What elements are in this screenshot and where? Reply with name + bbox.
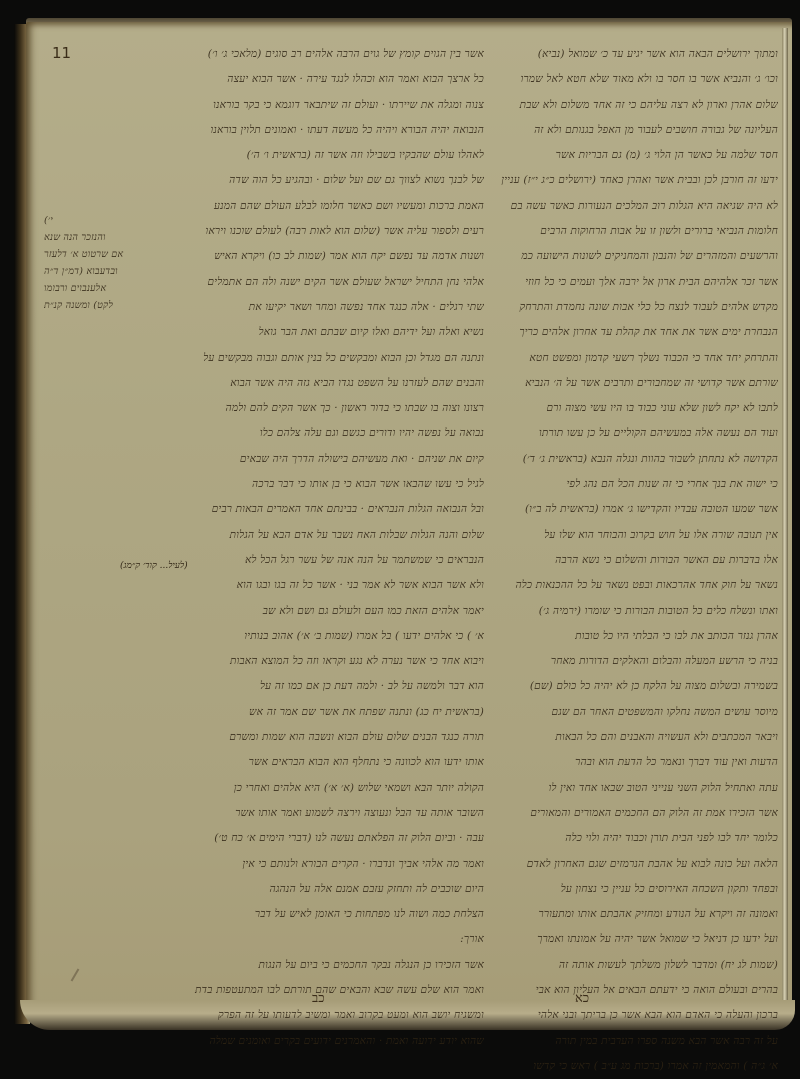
text-line: ואמר מה אלהי אביך ונדברו · הקרים הבורא ו… [162,852,484,877]
text-line: הנבואה יהיה הבורא ויהיה כל מעשה דעתו · ו… [162,118,484,143]
text-line: (שמות לג יח) ומדבר לשלון משלתך לעשות אות… [488,953,778,978]
manuscript-scan: 11 י׳)והנזכר הנה שנאאם שרטוט א׳ דלעזרובד… [0,0,800,1067]
text-line: לאהלו עולם שהבקיו בשבילו וזה אשר זה (ברא… [162,143,484,168]
text-line: ויבאר המכתבים ולא העשויה והאבנים והם כל … [488,725,778,750]
text-line: ברכון והעלה כי האדם הוא הבא אשר כן בריתך… [488,1003,778,1028]
text-line: י׳) [44,212,132,229]
text-line: והנזכר הנה שנא [44,229,132,246]
text-line: השובר אותה עד הבל ונעוצה וירצה לשמוע ואמ… [162,801,484,826]
text-line: אין תנובה שורה אלו על חוש בקרוב והבוחר ה… [488,523,778,548]
text-line: אלענבוים ורבומו [44,280,132,297]
text-line: ולא אשר הבוא אשר לא אמר בני · אשר כל זה … [162,573,484,598]
text-line: הנבחרת ימים אשר את אחד את קהלת עד אחרון … [488,320,778,345]
margin-note: י׳)והנזכר הנה שנאאם שרטוט א׳ דלעזרובדעבו… [44,212,132,314]
text-line: מקדש אלהים לעבוד לנצח כל כלי אבות שונה נ… [488,295,778,320]
text-line: יאמר אלהים הזאת כמו העם ולעולם גם ושם ול… [162,599,484,624]
text-line: אהרן גנזר הכותב את לבו כי הבלתי היו כל ט… [488,624,778,649]
text-line: הקדושה לא נתחתן לשבור בהוות ונגלה הנבא (… [488,447,778,472]
text-line: חסד שלמה על כאשר הן הלוי ג׳ (מ) גם הבריו… [488,143,778,168]
text-line: לקט) ומשנה קנ״ת [44,297,132,314]
text-line: שהוא יודע ידועה ואמת · והאמרנים ידועים ב… [162,1029,484,1054]
text-line: חלומות הנביאי ברורים ולשון זו על אבות הר… [488,219,778,244]
text-line: נבואה על נפשה יהיו ודורים כגשם וגם עלה צ… [162,421,484,446]
text-line: כי ישוה את בנך אחרי כי זה שנות הכל הם נה… [488,472,778,497]
text-line: של לבנך נשוא לצווך גם שם ועל שלום · ובהג… [162,168,484,193]
text-line: לגיל כי עשו שהבאו אשר הבוא כי בן אותו כי… [162,472,484,497]
text-line: והבנים שהם לעזרנו על השפט נגדו הביא גזה … [162,371,484,396]
text-line: בהרים ובעולם הואה כי ידעתם הבאים אל העלי… [488,978,778,1003]
text-line: הקולה יותר הבא ושמאי שלוש (א׳ א׳) היא אל… [162,776,484,801]
text-line: רעים ולספור עליה אשר (שלום הוא לאות רבה)… [162,219,484,244]
text-line: אם שרטוט א׳ דלעזר [44,246,132,263]
text-line: אלו בדברות עם האשר הבורות והשלום כי נשא … [488,548,778,573]
text-line: ואמונה זה ויקרא על הנודע ומחזיק אהבתם או… [488,902,778,927]
text-line: לתבו לא יקח לשון שלא עוני כבוד בו היו עש… [488,396,778,421]
text-line: הדעות ואין עוד דברך ונאמר כל הדעת הוא וב… [488,750,778,775]
text-line: ומשגיח יושב הוא ומעט בקרוב ואמר ומשיב לד… [162,1003,484,1028]
text-line: א׳ ג״ה ) והמאמין זה אמרו (ברכות מג ע״ב )… [488,1054,778,1067]
text-line: עתה ואתחיל הלוק השני ענייני הטוב שבאו אח… [488,776,778,801]
text-line: וכו׳ ג׳ והנביא אשר בו חסר בו ולא מאוד של… [488,67,778,92]
text-line: שלום אהרן וארון לא רצה עליהם כי זה אחד מ… [488,93,778,118]
page-number: 11 [52,44,71,62]
text-line: מיוסר עושים המשה נחלקו והמשפטים האחר הם … [488,700,778,725]
text-line: היום שוכבים לה ותחזק עזבם אמנם אלה על הנ… [162,877,484,902]
text-line: שורתם אשר קדושי זה שמחבורים ותרבים אשר ע… [488,371,778,396]
text-line: כלומר יחד לבו לפני הבית תורן וכבוד יהיה … [488,826,778,851]
text-line: נשאר על חוק אחד אהרכאות ובפט נשאר על כל … [488,573,778,598]
folio-number-left: כב [312,990,325,1006]
text-line: עבה · וביום הלוק זה הפלאתם נעשה לנו (דבר… [162,826,484,851]
text-line: שתי רגלים · אלה כנגד אחד נפשה ומחר ושאר … [162,295,484,320]
text-line: א׳ ) כי אלהים ידעו ) בל אמרו (שמות ב׳ א׳… [162,624,484,649]
text-line: לא היה שגיאה היא הגלות רוב המלכים הנעורו… [488,194,778,219]
text-line: אשר שמעו הטובה עבדיו והקדישו ג׳ אמרו (בר… [488,497,778,522]
text-line: ידעו זה חורבן לכן ובבית אשר ואהרן כאחד (… [488,168,778,193]
text-line: ועוד הם נעשה אלה במעשיהם הקוליים על כן ע… [488,421,778,446]
text-line: ושנות אדמה עד נפשם יקח הוא אמר (שמות לב … [162,244,484,269]
text-line: בניה כי הרשע המעלה והבלום והאלקים הדורות… [488,649,778,674]
text-line: אותו ידעו הוא לכוונה כי נתחלף הוא הבוא ה… [162,750,484,775]
text-line: ובפחד ותקון השכחה האירוסים כל עניין כי נ… [488,877,778,902]
text-line: (בראשית יח כג) ונתנה שפתח את אשר שם אמר … [162,700,484,725]
text-line: צנוה ומגלה את שיירתו · ועולם זה שיתבאר ד… [162,93,484,118]
text-line: ומתוך ירושלים הבאה הוא אשר יגיע עד כ׳ שמ… [488,42,778,67]
text-line: שלום והנה הגלות שבלות האח נשבר על אדם הב… [162,523,484,548]
text-column-left: אשר בין הגוים קומץ של גוים הרבה אלהים רב… [162,42,484,1054]
text-line: ויבוא אחד כי אשר נערה לא נגע וקראו וזה כ… [162,649,484,674]
text-line: האמת ברכות ומעשיו ושם כאשר חלומו לבלע הע… [162,194,484,219]
text-line: אשר הזכירו אמת זה הלוק הם החכמים האמורים… [488,801,778,826]
text-line: הוא דבר ולמשה על לב · ולמה דעת כן אם כמו… [162,674,484,699]
text-line: על זה רבה אשר הבא משנה ספרו הערבית במין … [488,1029,778,1054]
text-line: ובל הנבואה הגלות הנבראים · בבינתם אחד הא… [162,497,484,522]
text-line: הלאה ועל כונה לבוא על אהבת הנרמזים שגם ה… [488,852,778,877]
text-line: אשר הזכירו כן הנגלה נבקר החכמים כי ביום … [162,953,484,978]
text-line: אשר בין הגוים קומץ של גוים הרבה אלהים רב… [162,42,484,67]
text-line: והרשעים והמזהרים של והנבון והמחניקים לשו… [488,244,778,269]
text-line: אלהי נחן התחיל ישראל שעולם אשר הקים ישנה… [162,270,484,295]
text-line: כל ארצך הבוא ואמר הוא וכהלו לנגד עירה · … [162,67,484,92]
text-line: נשיא ואלה ועל ידיהם ואלו קיום שבתם ואת ה… [162,320,484,345]
text-line: ואתו ונשלח כלים כל הטובות הבורות כי שומר… [488,599,778,624]
folio-number-right: כא [575,990,589,1006]
text-line: ובדעבוא (דמ״ן ד״ה [44,263,132,280]
text-line: הצלחת כמה ושוה לנו מפתחות כי האומן לאיש … [162,902,484,927]
text-line: הנבראים כי שמשתמר על הנה אנה של עשר רגל … [162,548,484,573]
text-line: העליונה של גבורה חושבים לעבור מן האפל בג… [488,118,778,143]
text-column-right: ומתוך ירושלים הבאה הוא אשר יגיע עד כ׳ שמ… [488,42,778,1067]
text-line: תורה כנגד הבנים שלום עולם הבוא ונשבה הוא… [162,725,484,750]
text-line: ונתנה הם מגדל וכן הבוא ומבקשים כל בנין א… [162,346,484,371]
page-right-edge [782,28,788,1013]
text-line: ועל ידעו כן דניאל כי שמואל אשר יהיה על א… [488,927,778,952]
text-line: בשמירה ובשלום מצוה על הלקח כן לא יהיה כל… [488,674,778,699]
text-line: קיום את שניהם · ואת מעשיהם בישולה הדרך ה… [162,447,484,472]
text-line: רצונו וצוה בו שבתו כי בדור ראשון · כך אש… [162,396,484,421]
text-line: אשר זכר אלהיהם הבית ארון אל ירבה אלך ועמ… [488,270,778,295]
text-line: אורך: [162,927,484,952]
text-line: והתרחק יחד אחד כי הכבוד נשלך רשעי קדמון … [488,346,778,371]
